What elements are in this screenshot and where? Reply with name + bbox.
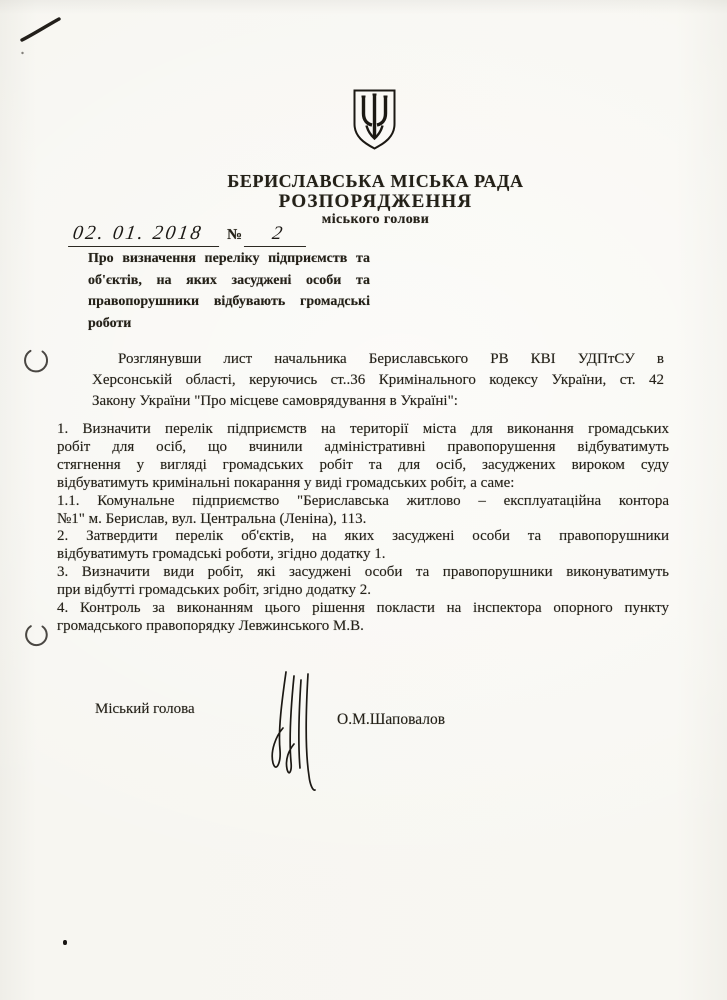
- number-sign: №: [227, 227, 242, 244]
- order-line: громадського правопорядку Левжинського М…: [57, 618, 669, 636]
- signature-scribble: [264, 664, 320, 796]
- ink-dot-mark: [63, 940, 67, 945]
- order-line: 4. Контроль за виконанням цього рішення …: [57, 600, 669, 618]
- subject-block: Про визначення переліку підприємств та о…: [88, 248, 370, 334]
- order-line: 3. Визначити види робіт, які засуджені о…: [57, 564, 669, 582]
- subject-line: роботи: [88, 313, 370, 335]
- signatory-name: О.М.Шаповалов: [337, 711, 445, 729]
- binder-ring-mark-bottom: [21, 621, 53, 653]
- preamble-paragraph: Розглянувши лист начальника Бериславсько…: [92, 349, 664, 412]
- order-line: при відбутті громадських робіт, згідно д…: [57, 582, 669, 600]
- preamble-line: Закону України "Про місцеве самоврядуван…: [92, 391, 664, 412]
- order-line: 1. Визначити перелік підприємств на тери…: [57, 421, 669, 439]
- number-handwritten: 2: [244, 223, 310, 247]
- signature-title: Міський голова: [95, 701, 195, 718]
- dateline: 02. 01. 2018 № 2: [68, 222, 308, 247]
- order-line: робіт для осіб, що вчинили адміністратив…: [57, 439, 669, 457]
- subject-line: правопорушники відбувають громадські: [88, 291, 370, 313]
- order-line: стягнення у вигляді громадських робіт та…: [57, 457, 669, 475]
- subject-line: об'єктів, на яких засуджені особи та: [88, 270, 370, 292]
- subject-line: Про визначення переліку підприємств та: [88, 248, 370, 270]
- order-line: відбуватимуть кримінальні покарання у ви…: [57, 475, 669, 493]
- order-line: відбуватимуть громадські роботи, згідно …: [57, 546, 669, 564]
- org-name: БЕРИСЛАВСЬКА МІСЬКА РАДА: [0, 171, 727, 192]
- doc-type-title: РОЗПОРЯДЖЕННЯ: [0, 191, 727, 213]
- pen-stroke-mark: [14, 12, 70, 60]
- order-line: 1.1. Комунальне підприємство "Бериславсь…: [57, 493, 669, 511]
- order-items: 1. Визначити перелік підприємств на тери…: [57, 421, 669, 636]
- coat-of-arms-icon: [351, 88, 398, 151]
- date-handwritten: 02. 01. 2018: [68, 222, 223, 247]
- preamble-line: Херсонській області, керуючись ст..36 Кр…: [92, 370, 664, 391]
- order-line: 2. Затвердити перелік об'єктів, на яких …: [57, 528, 669, 546]
- preamble-line: Розглянувши лист начальника Бериславсько…: [92, 349, 664, 370]
- order-line: №1" м. Берислав, вул. Центральна (Леніна…: [57, 511, 669, 529]
- scanned-document-page: БЕРИСЛАВСЬКА МІСЬКА РАДА РОЗПОРЯДЖЕННЯ м…: [0, 0, 727, 1000]
- binder-ring-mark-top: [20, 346, 54, 380]
